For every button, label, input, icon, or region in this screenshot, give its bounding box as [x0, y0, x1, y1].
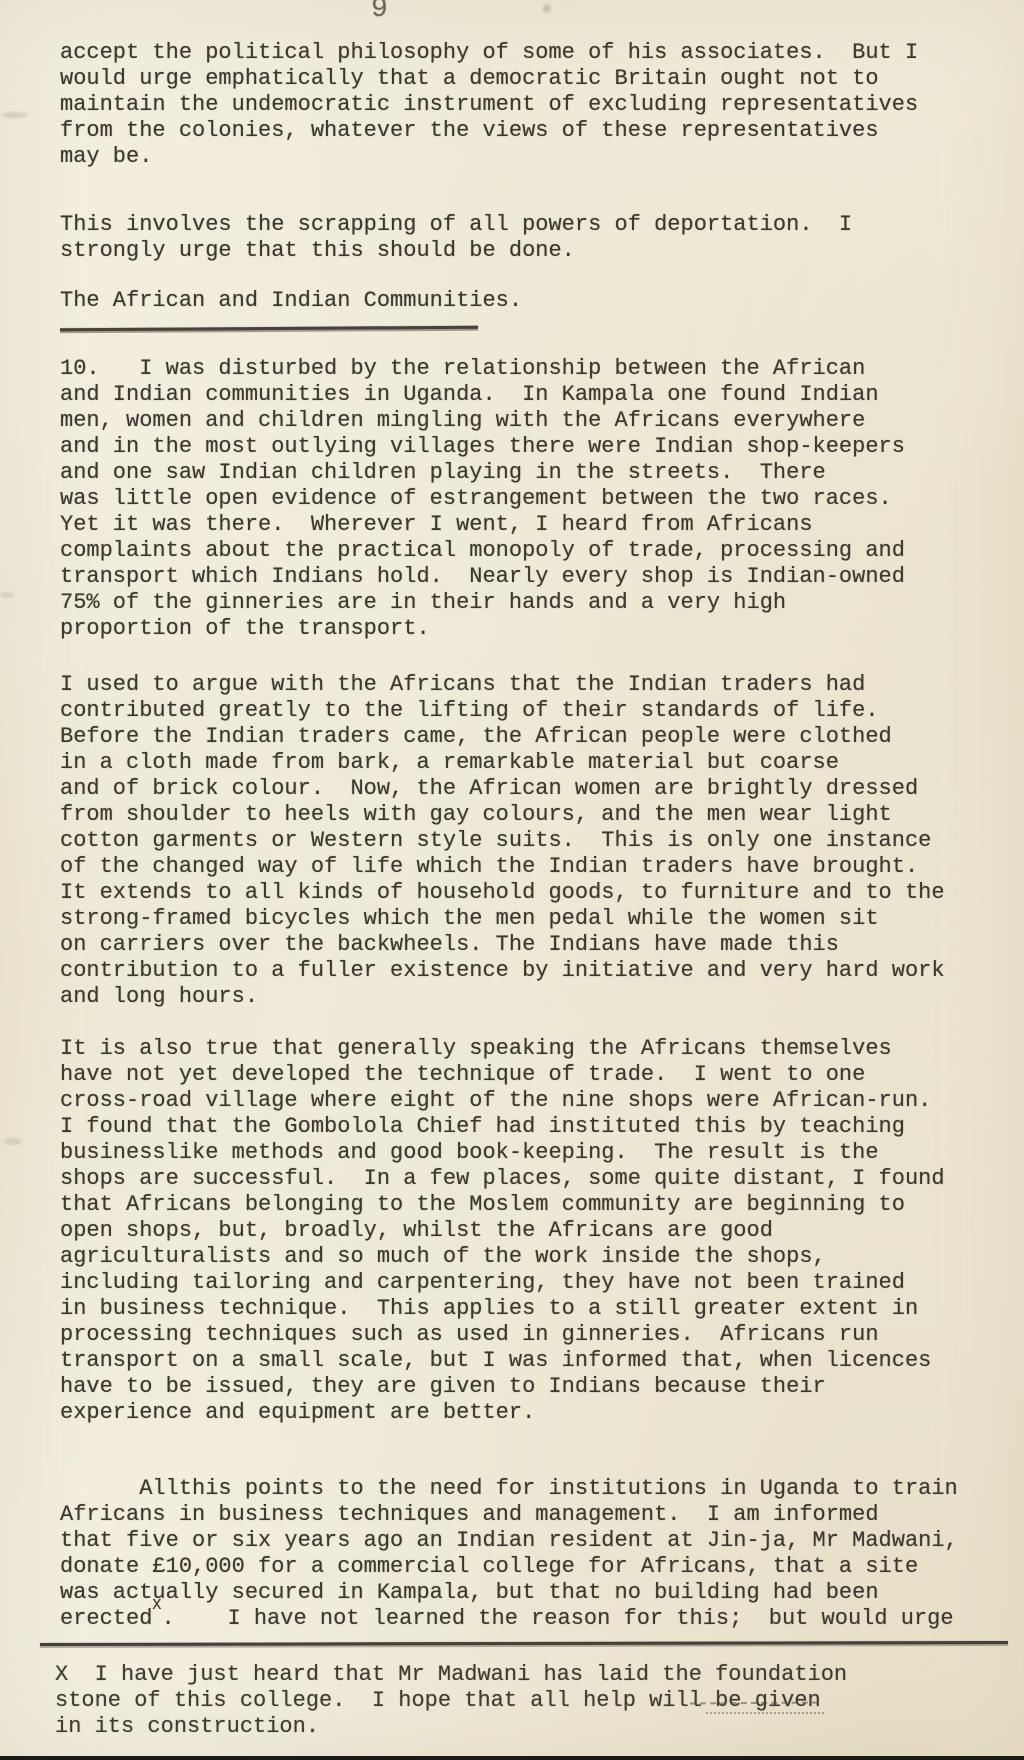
scanned-document-page: 9 accept the political philosophy of som…	[0, 0, 1024, 1760]
paragraph-associates: accept the political philosophy of some …	[60, 40, 990, 170]
section-heading: The African and Indian Communities.	[60, 288, 990, 314]
paragraph-deportation: This involves the scrapping of all power…	[60, 212, 990, 264]
paragraph-institutions: Allthis points to the need for instituti…	[60, 1450, 990, 1658]
paragraph-institutions-continuation: . I have not learned the reason for this…	[161, 1606, 953, 1631]
scan-smudge	[0, 592, 14, 598]
scan-smudge	[543, 4, 551, 13]
scan-artifact-dots	[706, 1712, 824, 1714]
section-heading-underline	[60, 326, 478, 332]
footnote-marker-superscript: X	[152, 1597, 161, 1614]
footnote-text: X I have just heard that Mr Madwani has …	[55, 1662, 985, 1740]
scan-smudge	[4, 1138, 22, 1145]
scan-bottom-edge	[0, 1756, 1024, 1760]
paragraph-indian-traders: I used to argue with the Africans that t…	[60, 672, 990, 1010]
document-body: accept the political philosophy of some …	[60, 40, 990, 1658]
paragraph-trade-technique: It is also true that generally speaking …	[60, 1036, 990, 1426]
scan-smudge	[2, 112, 28, 118]
paragraph-10: 10. I was disturbed by the relationship …	[60, 356, 990, 642]
page-number: 9	[371, 0, 388, 25]
